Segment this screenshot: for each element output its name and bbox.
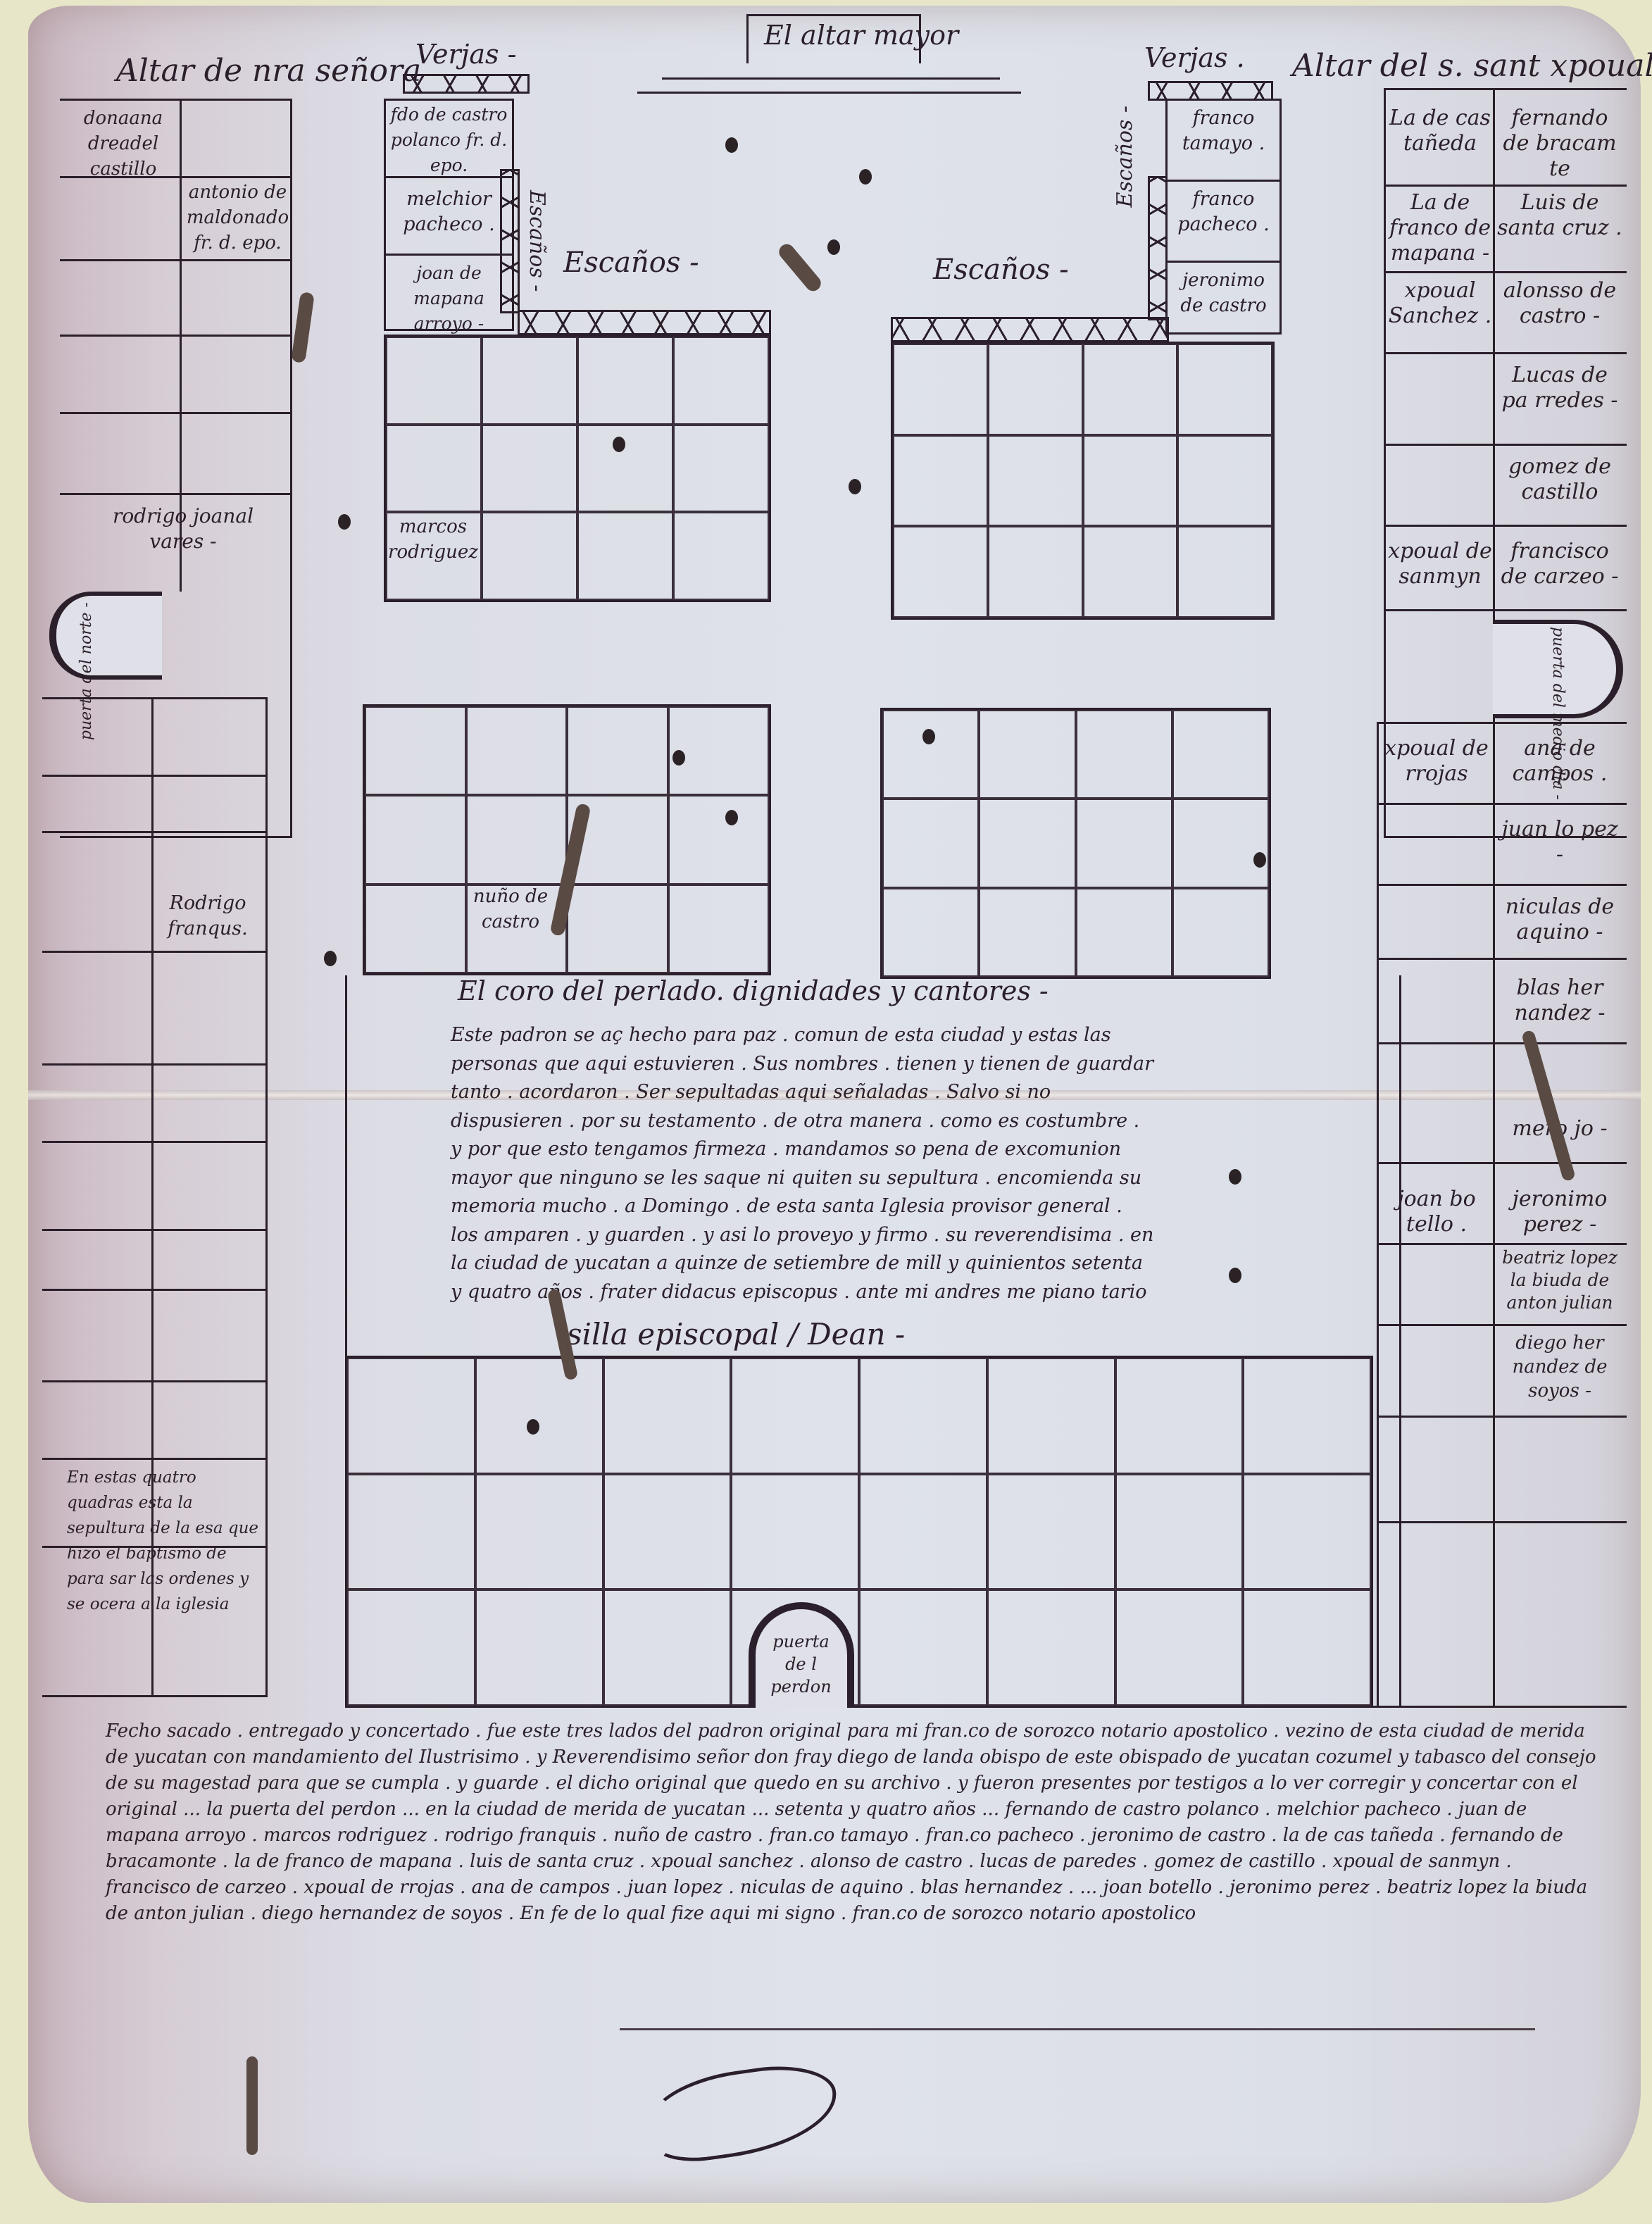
grid-line	[42, 1063, 268, 1066]
worm-track	[246, 2056, 258, 2155]
seat-name: ana de campos .	[1496, 736, 1623, 787]
seat-name: donaana dreadel castillo	[67, 106, 180, 182]
rejas-right-label: Verjas .	[1144, 42, 1245, 73]
rejas-left-zigzag	[403, 74, 530, 94]
seat-name: jeronimo de castro	[1169, 268, 1278, 318]
grid-line	[1377, 958, 1627, 960]
seat-name: franco pacheco .	[1169, 187, 1278, 237]
grid-line	[42, 1229, 268, 1231]
altar-step-1	[662, 77, 1000, 80]
grid-line	[1165, 180, 1282, 182]
worm-hole	[527, 1419, 539, 1435]
silla-episcopal-label: silla episcopal / Dean -	[567, 1317, 905, 1351]
escanos-left-vertical: Escaños -	[525, 190, 549, 292]
seat-name: rodrigo joanal vares -	[85, 504, 282, 554]
seat-name: xpoual de sanmyn	[1387, 539, 1493, 589]
seat-name: La de franco de mapana -	[1387, 190, 1493, 266]
grid-line	[1384, 444, 1627, 446]
seat-name: blas her nandez -	[1496, 975, 1623, 1026]
rejas-right-zigzag	[1148, 81, 1273, 101]
seat-name: beatriz lopez la biuda de anton julian	[1496, 1247, 1623, 1314]
grid-line	[42, 1458, 268, 1460]
worm-hole	[613, 437, 625, 452]
grid-line	[1377, 1243, 1627, 1245]
grid-line	[42, 1380, 268, 1382]
seat-name: jeronimo perez -	[1496, 1187, 1623, 1237]
seat-name: fdo de castro polanco fr. d. epo.	[387, 102, 511, 178]
grid-line	[1377, 1416, 1627, 1418]
altar-mayor-label: El altar mayor	[764, 20, 958, 51]
seat-name: xpoual Sanchez .	[1387, 278, 1493, 329]
grid-line	[1384, 609, 1627, 611]
seat-name: joan de mapana arroyo -	[387, 261, 511, 337]
seat-name: juan lo pez -	[1496, 817, 1623, 868]
grid-line	[1377, 1042, 1627, 1044]
seat-name: gomez de castillo	[1496, 454, 1623, 505]
escanos-left-label: Escaños -	[563, 246, 699, 279]
worm-hole	[849, 479, 861, 494]
grid-line	[1384, 185, 1627, 187]
grid-line	[1384, 525, 1627, 527]
left-vertical-zigzag	[500, 169, 520, 313]
escanos-right-vertical: Escaños -	[1113, 106, 1137, 207]
worm-hole	[1253, 852, 1266, 868]
seat-name: francisco de carzeo -	[1496, 539, 1623, 589]
coro-title: El coro del perlado. dignidades y cantor…	[458, 975, 1049, 1006]
certification-paragraph: Fecho sacado . entregado y concertado . …	[106, 1718, 1598, 1927]
worm-hole	[922, 729, 935, 744]
worm-hole	[672, 750, 685, 766]
grid-line	[42, 951, 268, 953]
seat-name: antonio de maldonado fr. d. epo.	[183, 180, 292, 256]
grid-line	[1377, 1521, 1627, 1523]
grid-line	[60, 335, 292, 337]
altar-left-label: Altar de nra señora	[116, 53, 421, 89]
seat-name: Lucas de pa rredes -	[1496, 363, 1623, 413]
middle-left-seating-grid	[363, 704, 771, 975]
seat-name: nuño de castro	[472, 884, 549, 935]
seat-name: melchior pacheco .	[387, 187, 511, 237]
worm-hole	[725, 810, 738, 825]
seat-name: La de cas tañeda	[1387, 106, 1493, 156]
grid-line	[60, 412, 292, 414]
grid-line	[1384, 271, 1627, 273]
grid-line	[1377, 1162, 1627, 1164]
coro-paragraph: Este padron se aç hecho para paz . comun…	[451, 1021, 1155, 1306]
grid-line	[1384, 352, 1627, 354]
seat-name: diego her nandez de soyos -	[1496, 1331, 1623, 1403]
worm-hole	[1229, 1268, 1241, 1283]
worm-hole	[859, 169, 872, 185]
perdon-door-label: puerta de l perdon	[761, 1630, 841, 1698]
worm-hole	[338, 514, 351, 530]
grid-line	[1493, 722, 1495, 1708]
altar-right-label: Altar del s. sant xpoual	[1292, 48, 1652, 84]
grid-line	[384, 254, 514, 256]
seat-name: marcos rodriguez	[387, 514, 479, 565]
grid-line	[42, 831, 268, 833]
worm-hole	[827, 239, 840, 255]
grid-line	[42, 775, 268, 777]
burial-note: En estas quatro quadras esta la sepultur…	[67, 1465, 264, 1617]
lower-choir-grid	[345, 1356, 1373, 1708]
grid-line	[1377, 1324, 1627, 1326]
grid-line	[60, 493, 292, 495]
seat-name: Luis de santa cruz .	[1496, 190, 1623, 241]
north-door	[49, 592, 162, 680]
seat-name: franco tamayo .	[1169, 106, 1278, 156]
worm-hole	[324, 951, 337, 966]
grid-line	[42, 1141, 268, 1143]
right-vertical-zigzag	[1148, 176, 1168, 320]
seat-name: fernando de bracam te	[1496, 106, 1623, 182]
grid-line	[1165, 261, 1282, 263]
grid-line	[60, 259, 292, 261]
seat-name: niculas de aquino -	[1496, 894, 1623, 945]
altar-step-2	[637, 92, 1021, 94]
right-upper-seating-grid	[891, 342, 1275, 620]
seat-name: xpoual de rrojas	[1384, 736, 1489, 787]
middle-right-seating-grid	[880, 708, 1271, 979]
escanos-right-zigzag	[891, 317, 1169, 342]
escanos-left-zigzag	[518, 310, 771, 335]
worm-hole	[1229, 1169, 1241, 1185]
grid-line	[42, 1289, 268, 1291]
seat-name: alonsso de castro -	[1496, 278, 1623, 329]
grid-line	[1377, 803, 1627, 805]
signature-line	[620, 2028, 1535, 2030]
grid-line	[1377, 884, 1627, 886]
escanos-right-label: Escaños -	[933, 254, 1069, 286]
worm-hole	[725, 137, 738, 153]
seat-name: Rodrigo franqus.	[155, 891, 261, 942]
rejas-left-label: Verjas -	[415, 39, 516, 70]
